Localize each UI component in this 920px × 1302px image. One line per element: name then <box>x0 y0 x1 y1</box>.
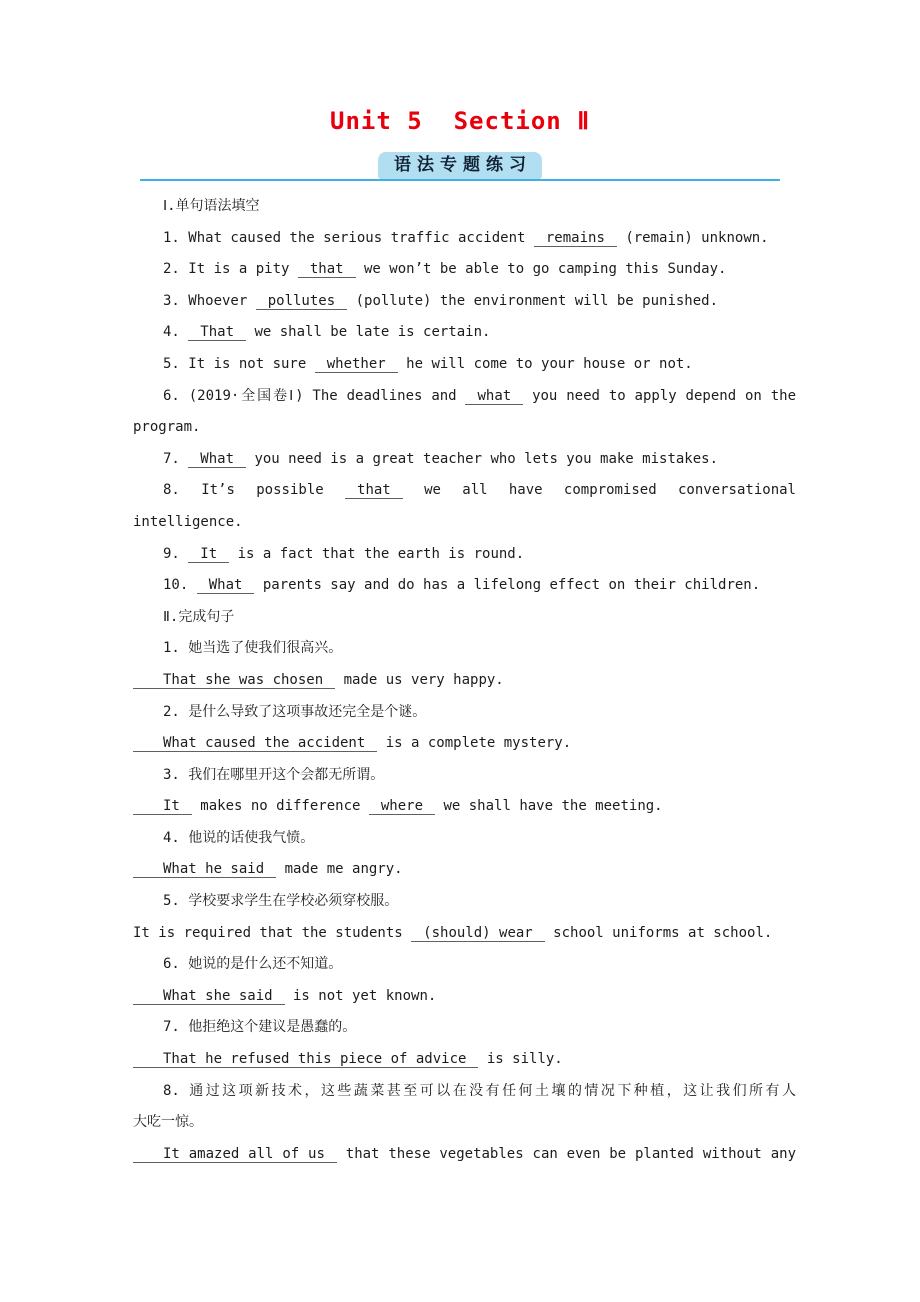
text-line: 10. What parents say and do has a lifelo… <box>133 570 796 602</box>
text-run: makes no difference <box>192 798 369 814</box>
text-run: 7. <box>163 451 188 467</box>
text-line: 3. Whoever pollutes (pollute) the enviro… <box>133 286 796 318</box>
text-run: we all have compromised conversational <box>403 482 796 498</box>
text-run: (pollute) the environment will be punish… <box>347 293 718 309</box>
text-run: 5. 学校要求学生在学校必须穿校服。 <box>163 893 398 909</box>
answer-blank: That she was chosen <box>133 672 335 689</box>
answer-blank: What she said <box>133 988 285 1005</box>
text-run: you need to apply depend on the <box>523 388 796 404</box>
answer-blank: whether <box>315 356 398 373</box>
text-run: (remain) unknown. <box>617 230 769 246</box>
text-line: 9. It is a fact that the earth is round. <box>133 539 796 571</box>
text-line: 2. 是什么导致了这项事故还完全是个谜。 <box>133 697 796 729</box>
text-run: 5. It is not sure <box>163 356 315 372</box>
text-line: 2. It is a pity that we won’t be able to… <box>133 254 796 286</box>
text-line: That she was chosen made us very happy. <box>133 665 796 697</box>
text-run: school uniforms at school. <box>545 925 773 941</box>
text-run: he will come to your house or not. <box>398 356 693 372</box>
text-line: intelligence. <box>133 507 796 539</box>
text-line: 1. What caused the serious traffic accid… <box>133 223 796 255</box>
text-run: 1. 她当选了使我们很高兴。 <box>163 640 342 656</box>
answer-blank: That <box>188 324 246 341</box>
text-line: 8. It’s possible that we all have compro… <box>133 475 796 507</box>
text-line: 4. 他说的话使我气愤。 <box>133 823 796 855</box>
text-line: 5. 学校要求学生在学校必须穿校服。 <box>133 886 796 918</box>
section-2-lines: 1. 她当选了使我们很高兴。That she was chosen made u… <box>133 633 796 1170</box>
answer-blank: What <box>197 577 255 594</box>
text-run: parents say and do has a lifelong effect… <box>254 577 760 593</box>
text-run: 6. 她说的是什么还不知道。 <box>163 956 342 972</box>
text-run: 3. 我们在哪里开这个会都无所谓。 <box>163 767 384 783</box>
text-run: 9. <box>163 546 188 562</box>
text-line: 6. 她说的是什么还不知道。 <box>133 949 796 981</box>
text-line: 3. 我们在哪里开这个会都无所谓。 <box>133 760 796 792</box>
text-run: It is required that the students <box>133 925 411 941</box>
text-run: intelligence. <box>133 514 243 530</box>
text-line: 5. It is not sure whether he will come t… <box>133 349 796 381</box>
text-run: 3. Whoever <box>163 293 256 309</box>
answer-blank: What <box>188 451 246 468</box>
grammar-practice-badge: 语法专题练习 <box>378 152 542 179</box>
text-run: we shall be late is certain. <box>246 324 490 340</box>
text-run: 8. 通过这项新技术，这些蔬菜甚至可以在没有任何土壤的情况下种植，这让我们所有人 <box>163 1083 796 1099</box>
text-run: 4. 他说的话使我气愤。 <box>163 830 314 846</box>
text-run: is a fact that the earth is round. <box>229 546 524 562</box>
answer-blank: remains <box>534 230 617 247</box>
text-line: It is required that the students (should… <box>133 918 796 950</box>
section-1-lines: 1. What caused the serious traffic accid… <box>133 223 796 602</box>
text-line: 7. 他拒绝这个建议是愚蠢的。 <box>133 1012 796 1044</box>
text-line: It amazed all of us that these vegetable… <box>133 1139 796 1171</box>
text-line: 大吃一惊。 <box>133 1107 796 1139</box>
answer-blank: what <box>465 388 523 405</box>
text-run: made me angry. <box>276 861 402 877</box>
unit-title: Unit 5 Section Ⅱ <box>0 0 920 140</box>
section-1-heading: Ⅰ.单句语法填空 <box>133 191 796 223</box>
text-line: 1. 她当选了使我们很高兴。 <box>133 633 796 665</box>
text-line: 8. 通过这项新技术，这些蔬菜甚至可以在没有任何土壤的情况下种植，这让我们所有人 <box>133 1076 796 1108</box>
text-run: that these vegetables can even be plante… <box>337 1146 796 1162</box>
text-run: 8. It’s possible <box>163 482 345 498</box>
text-line: What he said made me angry. <box>133 854 796 886</box>
text-run: you need is a great teacher who lets you… <box>246 451 718 467</box>
text-run: we won’t be able to go camping this Sund… <box>356 261 727 277</box>
text-run: is silly. <box>478 1051 562 1067</box>
text-run: 大吃一惊。 <box>133 1114 203 1130</box>
answer-blank: that <box>298 261 356 278</box>
answer-blank: where <box>369 798 435 815</box>
answer-blank: pollutes <box>256 293 347 310</box>
text-line: 4. That we shall be late is certain. <box>133 317 796 349</box>
answer-blank: That he refused this piece of advice <box>133 1051 478 1068</box>
answer-blank: It amazed all of us <box>133 1146 337 1163</box>
worksheet-body: Ⅰ.单句语法填空 1. What caused the serious traf… <box>0 191 920 1170</box>
text-line: What caused the accident is a complete m… <box>133 728 796 760</box>
text-line: 7. What you need is a great teacher who … <box>133 444 796 476</box>
answer-blank: It <box>133 798 192 815</box>
text-line: It makes no difference where we shall ha… <box>133 791 796 823</box>
section-divider-rule: 语法专题练习 <box>140 150 780 181</box>
text-run: is not yet known. <box>285 988 437 1004</box>
text-run: 2. It is a pity <box>163 261 298 277</box>
text-line: That he refused this piece of advice is … <box>133 1044 796 1076</box>
text-run: 10. <box>163 577 197 593</box>
text-run: 2. 是什么导致了这项事故还完全是个谜。 <box>163 704 426 720</box>
answer-blank: It <box>188 546 229 563</box>
text-run: we shall have the meeting. <box>435 798 663 814</box>
text-line: program. <box>133 412 796 444</box>
answer-blank: that <box>345 482 403 499</box>
text-run: is a complete mystery. <box>377 735 571 751</box>
text-run: program. <box>133 419 200 435</box>
worksheet-page: Unit 5 Section Ⅱ 语法专题练习 Ⅰ.单句语法填空 1. What… <box>0 0 920 1302</box>
text-run: 7. 他拒绝这个建议是愚蠢的。 <box>163 1019 356 1035</box>
answer-blank: What he said <box>133 861 276 878</box>
answer-blank: What caused the accident <box>133 735 377 752</box>
section-2-heading: Ⅱ.完成句子 <box>133 602 796 634</box>
text-run: 4. <box>163 324 188 340</box>
text-line: 6. (2019·全国卷Ⅰ) The deadlines and what yo… <box>133 381 796 413</box>
text-run: made us very happy. <box>335 672 504 688</box>
text-run: 6. (2019·全国卷Ⅰ) The deadlines and <box>163 388 465 404</box>
text-run: 1. What caused the serious traffic accid… <box>163 230 534 246</box>
answer-blank: (should) wear <box>411 925 545 942</box>
text-line: What she said is not yet known. <box>133 981 796 1013</box>
